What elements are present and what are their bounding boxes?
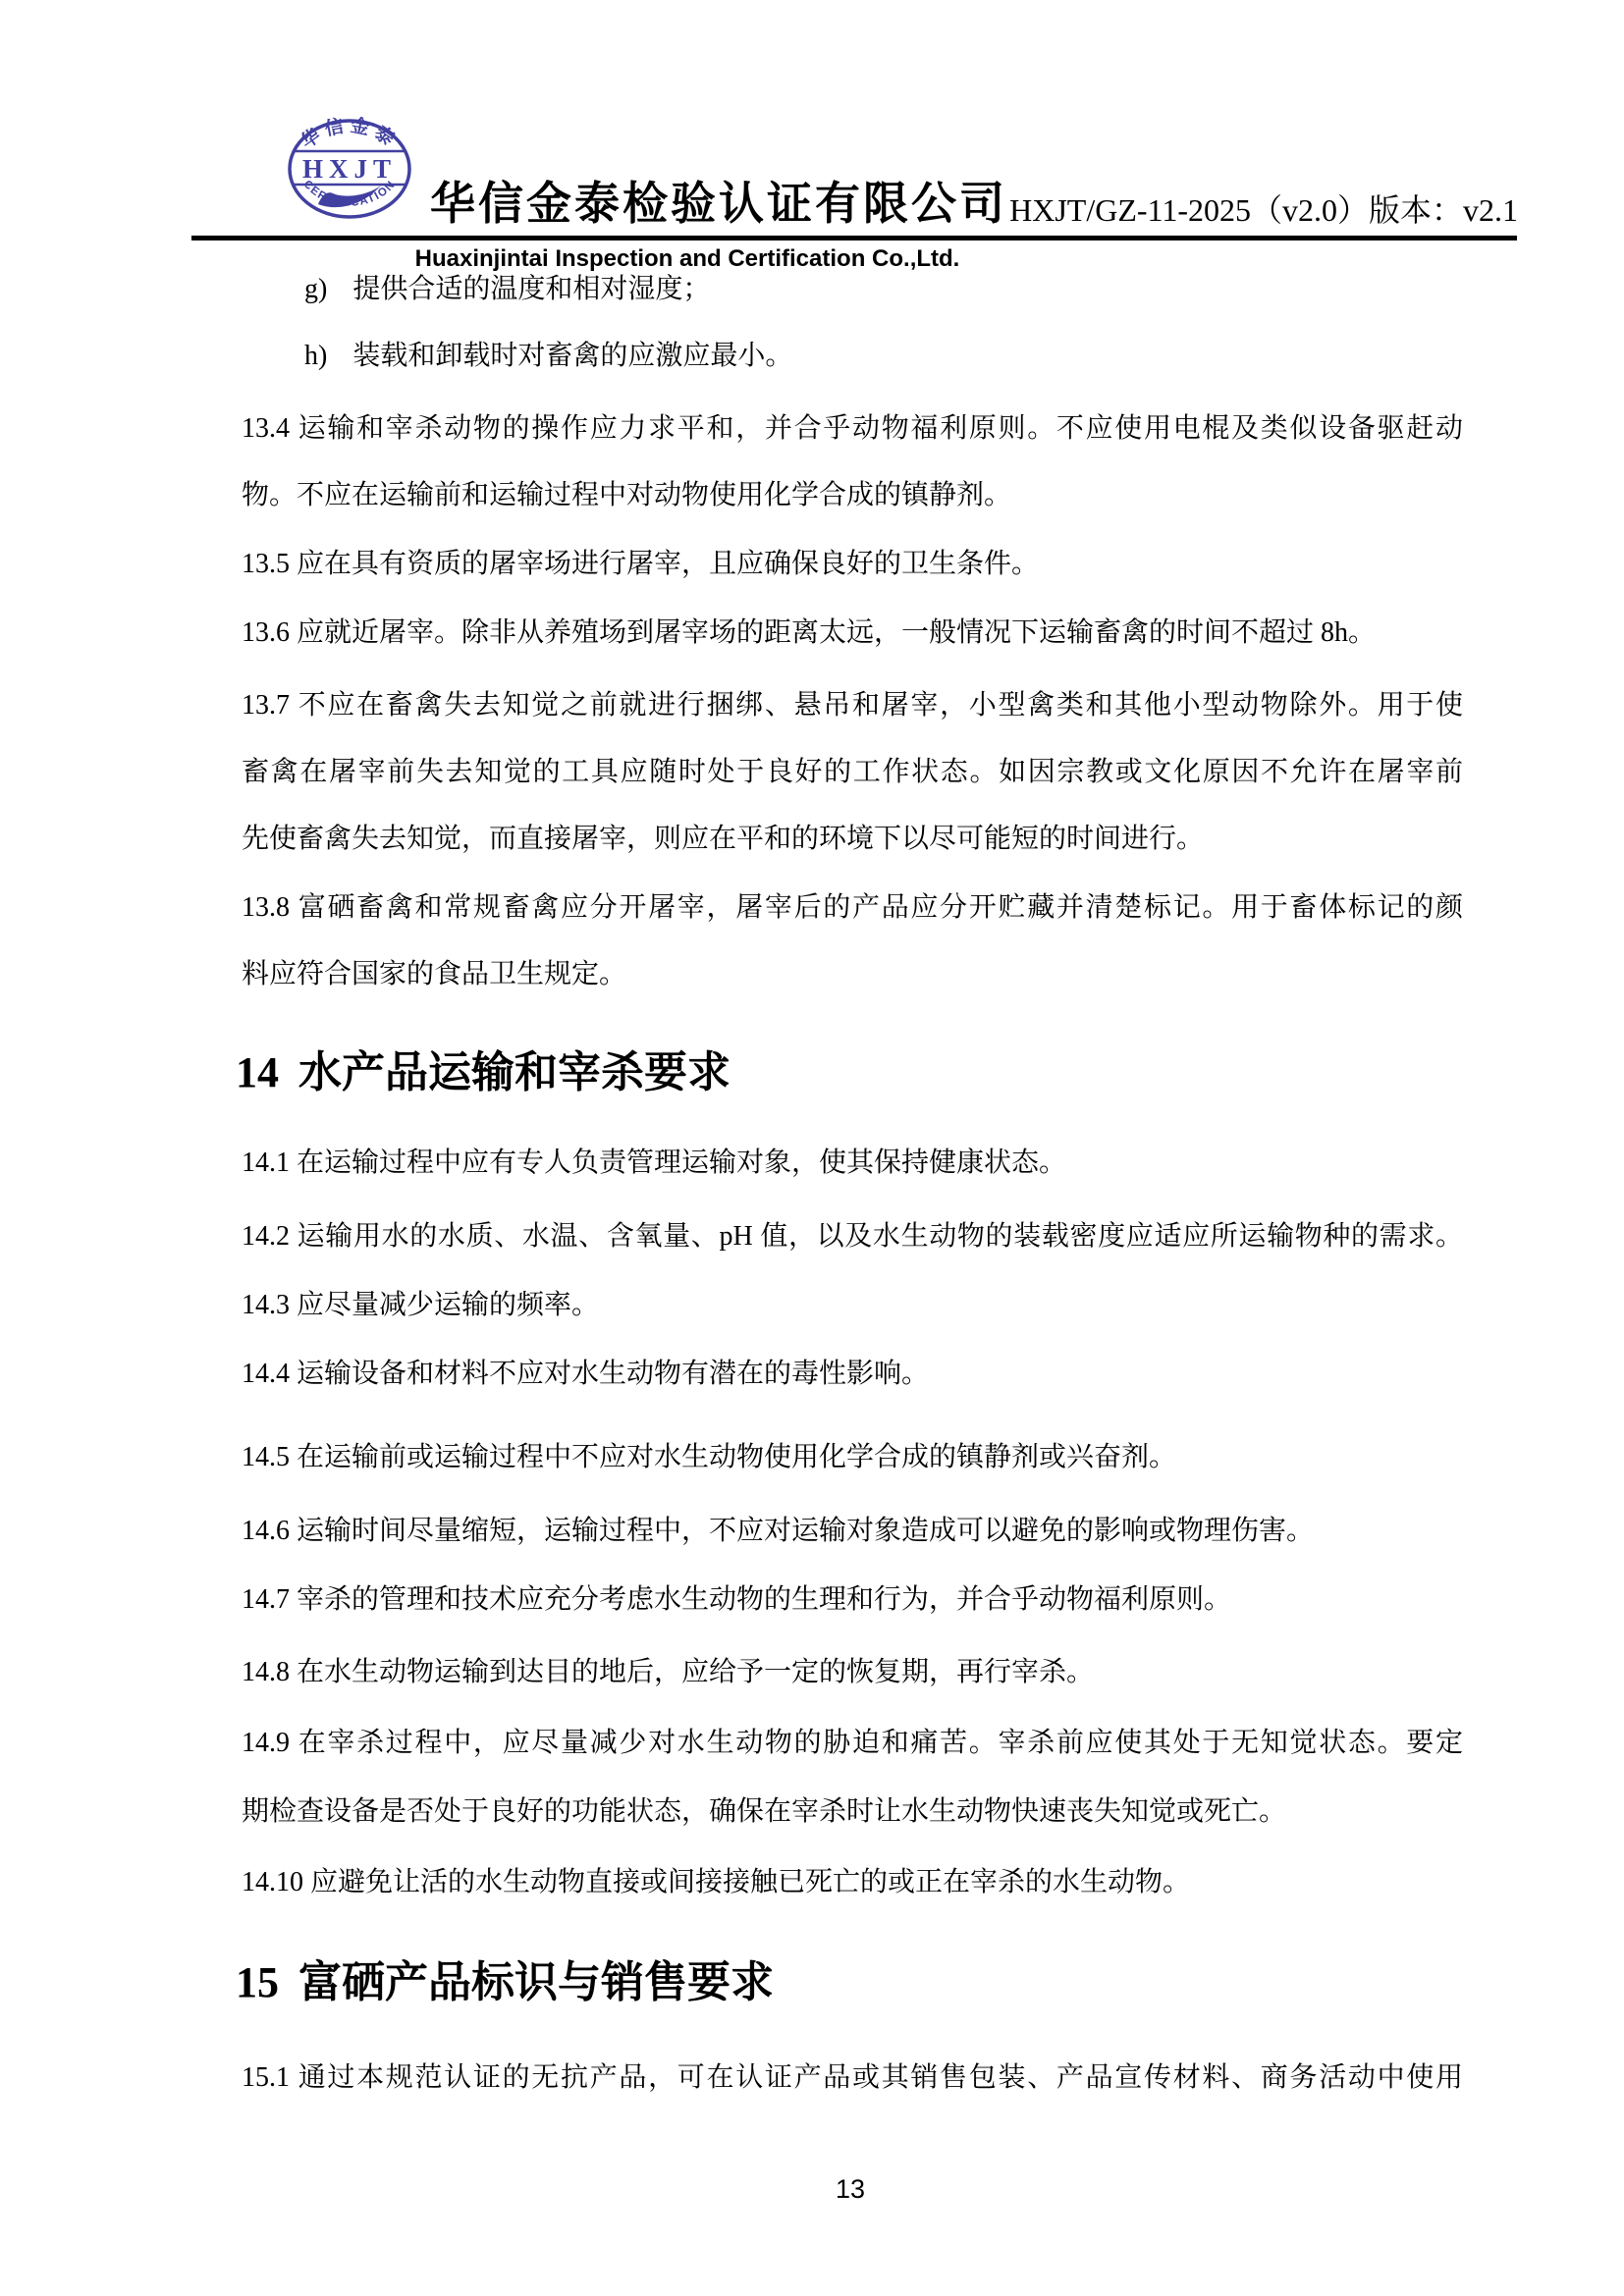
list-item-letter: h) [304,341,327,371]
list-item-h: h)装载和卸载时对畜禽的应激应最小。 [304,322,1463,391]
clause-14-9-line-2: 期检查设备是否处于良好的功能状态，确保在宰杀时让水生动物快速丧失知觉或死亡。 [242,1778,1463,1846]
list-item-text: 装载和卸载时对畜禽的应激应最小。 [352,341,792,371]
clause-14-2: 14.2 运输用水的水质、水温、含氧量、pH 值，以及水生动物的装载密度应适应所… [242,1202,1463,1271]
clause-14-5: 14.5 在运输前或运输过程中不应对水生动物使用化学合成的镇静剂或兴奋剂。 [242,1423,1463,1492]
clause-13-7-line-2: 畜禽在屠宰前失去知觉的工具应随时处于良好的工作状态。如因宗教或文化原因不允许在屠… [242,738,1463,807]
clause-15-1: 15.1 通过本规范认证的无抗产品，可在认证产品或其销售包装、产品宣传材料、商务… [242,2044,1463,2112]
clause-13-7-line-1: 13.7 不应在畜禽失去知觉之前就进行捆绑、悬吊和屠宰，小型禽类和其他小型动物除… [242,671,1463,740]
list-item-g: g)提供合适的温度和相对湿度； [304,255,1463,324]
clause-14-8: 14.8 在水生动物运输到达目的地后，应给予一定的恢复期，再行宰杀。 [242,1638,1463,1707]
clause-14-4: 14.4 运输设备和材料不应对水生动物有潜在的毒性影响。 [242,1340,1463,1409]
clause-14-9-line-1: 14.9 在宰杀过程中，应尽量减少对水生动物的胁迫和痛苦。宰杀前应使其处于无知觉… [242,1709,1463,1778]
clause-13-4-line-2: 物。不应在运输前和运输过程中对动物使用化学合成的镇静剂。 [242,461,1463,530]
clause-13-7-line-3: 先使畜禽失去知觉，而直接屠宰，则应在平和的环境下以尽可能短的时间进行。 [242,805,1463,874]
list-item-letter: g) [304,274,327,304]
section-title: 水产品运输和宰杀要求 [298,1048,731,1096]
clause-14-1: 14.1 在运输过程中应有专人负责管理运输对象，使其保持健康状态。 [242,1129,1463,1198]
company-seal-logo: 华信金泰 HXJT CERTIFICATION [281,110,418,235]
section-number: 14 [236,1048,279,1096]
section-number: 15 [236,1958,279,2006]
clause-13-8-line-1: 13.8 富硒畜禽和常规畜禽应分开屠宰，屠宰后的产品应分开贮藏并清楚标记。用于畜… [242,874,1463,942]
clause-13-6: 13.6 应就近屠宰。除非从养殖场到屠宰场的距离太远，一般情况下运输畜禽的时间不… [242,599,1463,667]
logo-acronym: HXJT [302,154,397,184]
section-heading-15: 15富硒产品标识与销售要求 [236,1944,1457,2022]
section-title: 富硒产品标识与销售要求 [298,1958,774,2006]
hxjt-seal-icon: 华信金泰 HXJT CERTIFICATION [281,110,418,230]
company-name-chinese: 华信金泰检验认证有限公司 [430,180,1007,229]
header-divider-rule [191,236,1517,240]
clause-14-10: 14.10 应避免让活的水生动物直接或间接接触已死亡的或正在宰杀的水生动物。 [242,1848,1463,1917]
list-item-text: 提供合适的温度和相对湿度； [352,274,710,304]
document-page: 华信金泰 HXJT CERTIFICATION 华信金泰检验认证有限公司 HXJ… [0,0,1624,2296]
clause-13-4-line-1: 13.4 运输和宰杀动物的操作应力求平和，并合乎动物福利原则。不应使用电棍及类似… [242,395,1463,463]
section-heading-14: 14水产品运输和宰杀要求 [236,1034,1457,1112]
clause-14-3: 14.3 应尽量减少运输的频率。 [242,1271,1463,1340]
clause-14-7: 14.7 宰杀的管理和技术应充分考虑水生动物的生理和行为，并合乎动物福利原则。 [242,1566,1463,1634]
page-number: 13 [821,2174,880,2205]
clause-13-5: 13.5 应在具有资质的屠宰场进行屠宰，且应确保良好的卫生条件。 [242,530,1463,599]
document-number: HXJT/GZ-11-2025（v2.0）版本：v2.1 [1009,192,1518,228]
clause-14-6: 14.6 运输时间尽量缩短，运输过程中，不应对运输对象造成可以避免的影响或物理伤… [242,1497,1463,1566]
clause-13-8-line-2: 料应符合国家的食品卫生规定。 [242,940,1463,1009]
